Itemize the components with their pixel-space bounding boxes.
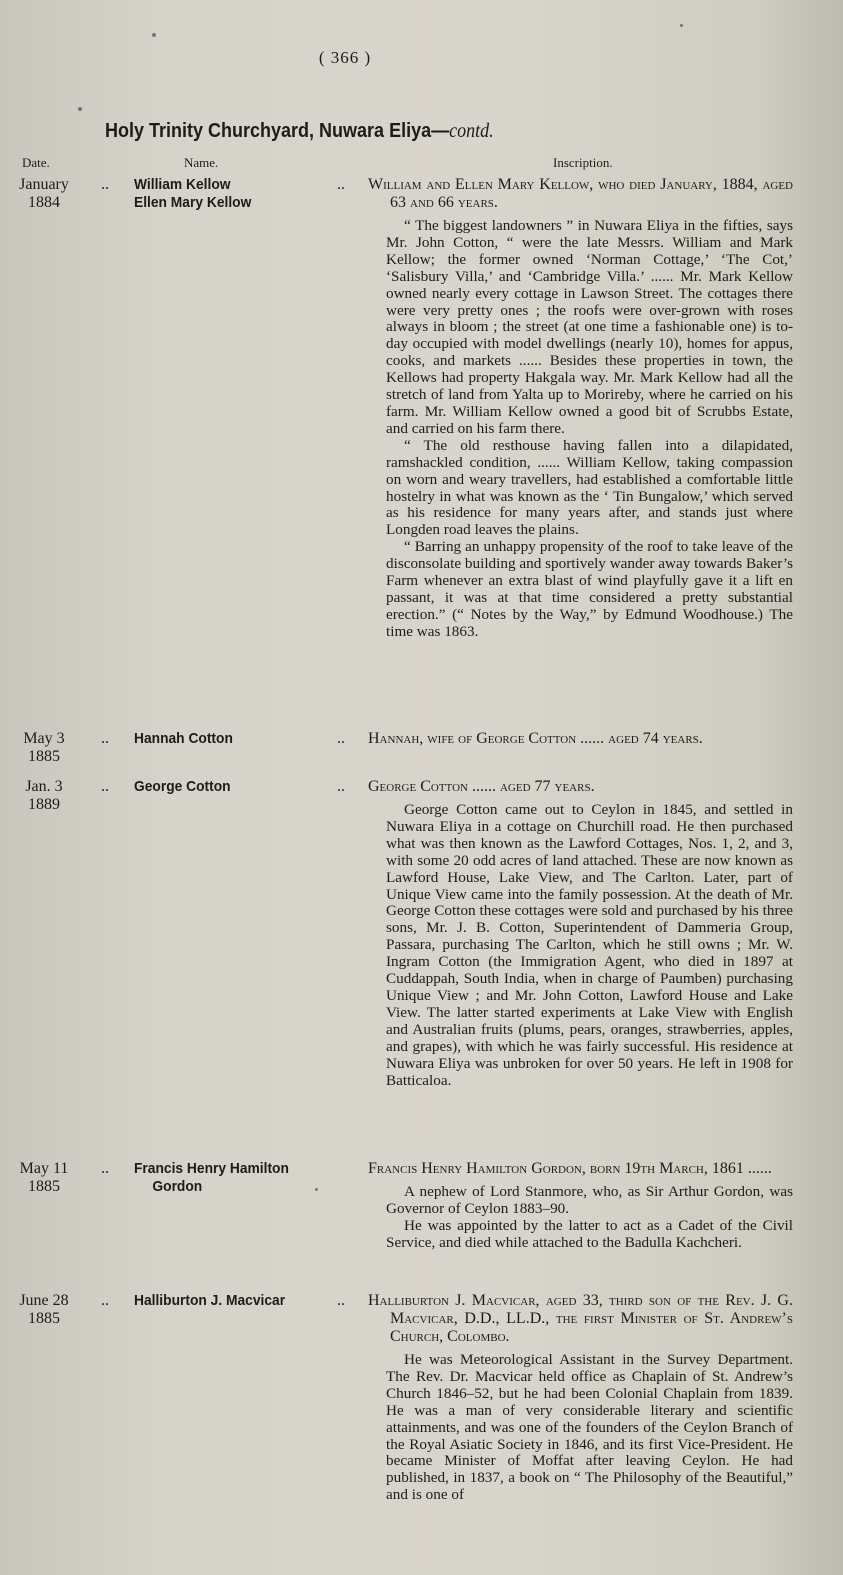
inscription-lead: Francis Henry Hamilton Gordon, born 19th…	[368, 1160, 793, 1178]
entry-name: Halliburton J. Macvicar	[134, 1292, 327, 1310]
leader-dots: ..	[337, 176, 345, 194]
entry-name: Francis Henry Hamilton Gordon	[134, 1160, 327, 1196]
entry-inscription: Francis Henry Hamilton Gordon, born 19th…	[368, 1160, 793, 1252]
inscription-lead: Hannah, wife of George Cotton ...... age…	[368, 730, 793, 748]
name-line: Gordon	[134, 1178, 327, 1196]
entry-date: January 1884	[8, 176, 80, 212]
inscription-paragraph: George Cotton came out to Ceylon in 1845…	[368, 802, 793, 1089]
entry-date: May 11 1885	[8, 1160, 80, 1196]
book-page: ( 366 ) Holy Trinity Churchyard, Nuwara …	[0, 0, 843, 1575]
name-line: Francis Henry Hamilton	[134, 1160, 327, 1178]
entry-name: William Kellow Ellen Mary Kellow	[134, 176, 327, 212]
date-year: 1884	[8, 194, 80, 212]
name-line: William Kellow	[134, 176, 327, 194]
inscription-paragraph: “ The biggest landowners ” in Nuwara Eli…	[368, 218, 793, 438]
entry-inscription: George Cotton ...... aged 77 years. Geor…	[368, 778, 793, 1089]
inscription-lead: William and Ellen Mary Kellow, who died …	[368, 176, 793, 212]
entry-inscription: Halliburton J. Macvicar, aged 33, third …	[368, 1292, 793, 1504]
entry-date: Jan. 3 1889	[8, 778, 80, 814]
inscription-lead: Halliburton J. Macvicar, aged 33, third …	[368, 1292, 793, 1346]
leader-dots: ..	[101, 1292, 109, 1310]
title-suffix: contd.	[449, 120, 493, 142]
date-year: 1885	[8, 748, 80, 766]
leader-dots: ..	[337, 1292, 345, 1310]
paper-blemish	[152, 33, 156, 37]
page-number: ( 366 )	[0, 48, 690, 68]
inscription-lead: George Cotton ...... aged 77 years.	[368, 778, 793, 796]
date-year: 1889	[8, 796, 80, 814]
column-header-name: Name.	[184, 155, 218, 171]
leader-dots: ..	[337, 778, 345, 796]
name-line: Hannah Cotton	[134, 730, 327, 748]
paper-blemish	[680, 24, 683, 27]
inscription-paragraph: A nephew of Lord Stanmore, who, as Sir A…	[368, 1184, 793, 1218]
date-line: January	[8, 176, 80, 194]
leader-dots: ..	[101, 1160, 109, 1178]
date-line: May 3	[8, 730, 80, 748]
leader-dots: ..	[101, 176, 109, 194]
title-main: Holy Trinity Churchyard, Nuwara Eliya—	[105, 120, 449, 142]
entry-inscription: William and Ellen Mary Kellow, who died …	[368, 176, 793, 641]
inscription-paragraph: He was Meteorological Assistant in the S…	[368, 1352, 793, 1504]
column-header-inscription: Inscription.	[553, 155, 613, 171]
entry-date: May 3 1885	[8, 730, 80, 766]
leader-dots: ..	[101, 778, 109, 796]
entry-inscription: Hannah, wife of George Cotton ...... age…	[368, 730, 793, 748]
date-line: June 28	[8, 1292, 80, 1310]
paper-blemish	[315, 1188, 318, 1191]
column-header-date: Date.	[22, 155, 50, 171]
inscription-paragraph: “ The old resthouse having fallen into a…	[368, 438, 793, 539]
entry-name: Hannah Cotton	[134, 730, 327, 748]
name-line: Ellen Mary Kellow	[134, 194, 327, 212]
date-year: 1885	[8, 1310, 80, 1328]
inscription-paragraph: “ Barring an unhappy propensity of the r…	[368, 539, 793, 640]
entry-name: George Cotton	[134, 778, 327, 796]
paper-blemish	[78, 107, 82, 111]
name-line: George Cotton	[134, 778, 327, 796]
date-line: May 11	[8, 1160, 80, 1178]
section-title: Holy Trinity Churchyard, Nuwara Eliya—co…	[105, 120, 494, 143]
leader-dots: ..	[337, 730, 345, 748]
entry-date: June 28 1885	[8, 1292, 80, 1328]
date-year: 1885	[8, 1178, 80, 1196]
date-line: Jan. 3	[8, 778, 80, 796]
inscription-paragraph: He was appointed by the latter to act as…	[368, 1218, 793, 1252]
name-line: Halliburton J. Macvicar	[134, 1292, 327, 1310]
leader-dots: ..	[101, 730, 109, 748]
